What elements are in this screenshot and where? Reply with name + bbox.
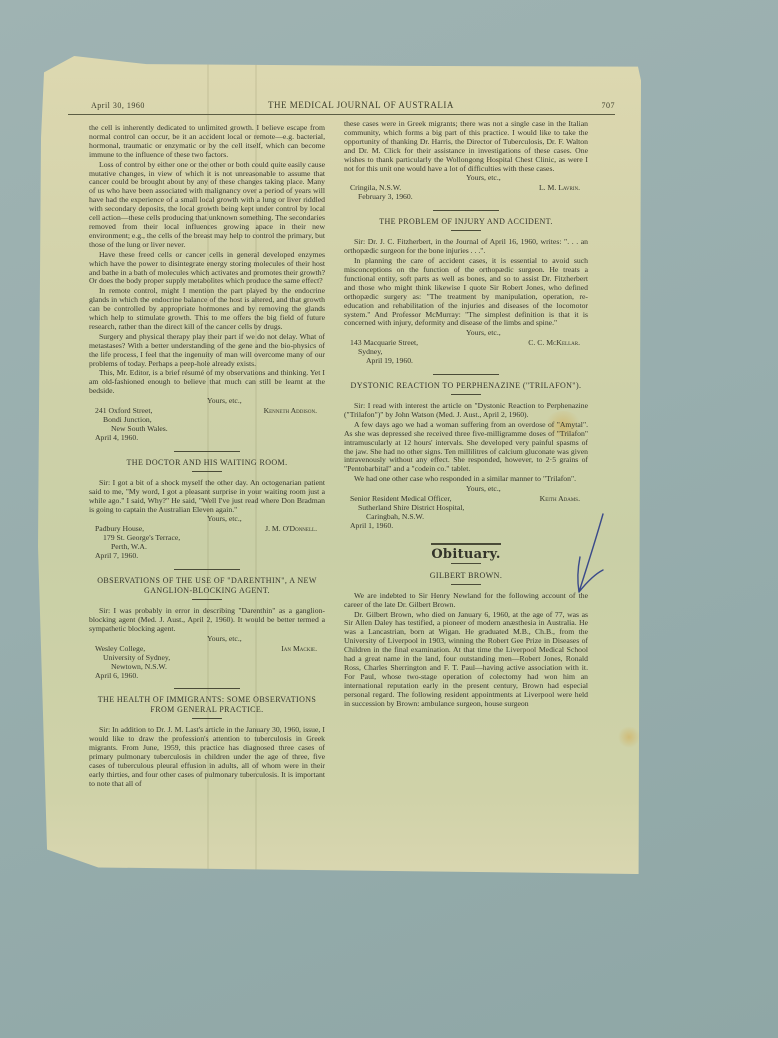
divider xyxy=(451,394,481,395)
obituary-section: Obituary. GILBERT BROWN. We are indebted… xyxy=(344,551,588,709)
section-title: Obituary. xyxy=(344,551,588,560)
letter-injury: THE PROBLEM OF INJURY AND ACCIDENT. Sir:… xyxy=(344,217,588,366)
signature: L. M. Lavrin. xyxy=(539,184,580,193)
divider xyxy=(192,471,222,472)
paragraph: Loss of control by either one or the oth… xyxy=(89,161,325,250)
divider xyxy=(451,584,481,585)
paragraph: In planning the care of accident cases, … xyxy=(344,257,588,328)
paragraph: We had one other case who responded in a… xyxy=(344,475,588,484)
paper-stain xyxy=(618,726,640,748)
letter-cancer: the cell is inherently dedicated to unli… xyxy=(89,124,325,443)
paragraph: the cell is inherently dedicated to unli… xyxy=(89,124,325,160)
left-column: the cell is inherently dedicated to unli… xyxy=(89,124,325,790)
closing: Yours, etc., xyxy=(466,329,501,338)
paragraph: Dr. Gilbert Brown, who died on January 6… xyxy=(344,611,588,709)
letter-title: THE HEALTH OF IMMIGRANTS: SOME OBSERVATI… xyxy=(89,695,325,715)
divider xyxy=(174,688,240,689)
sender-address: Wesley College,Ian Mackie. University of… xyxy=(89,645,325,681)
divider xyxy=(451,563,481,564)
signature: Ian Mackie. xyxy=(281,645,317,654)
paragraph: This, Mr. Editor, is a brief résumé of m… xyxy=(89,369,325,396)
closing: Yours, etc., xyxy=(466,485,501,494)
letter-immigrants-continued: these cases were in Greek migrants; ther… xyxy=(344,120,588,202)
letter-title: THE DOCTOR AND HIS WAITING ROOM. xyxy=(89,458,325,468)
right-column: these cases were in Greek migrants; ther… xyxy=(344,120,588,710)
sender-address: Padbury House,J. M. O'Donnell. 179 St. G… xyxy=(89,525,325,561)
closing: Yours, etc., xyxy=(207,635,242,644)
handwritten-arrow-icon xyxy=(573,512,613,597)
divider xyxy=(431,543,501,545)
sender-address: Senior Resident Medical Officer,Keith Ad… xyxy=(344,495,588,531)
paragraph: We are indebted to Sir Henry Newland for… xyxy=(344,592,588,610)
journal-page: April 30, 1960 THE MEDICAL JOURNAL OF AU… xyxy=(38,56,641,874)
journal-title: THE MEDICAL JOURNAL OF AUSTRALIA xyxy=(268,100,454,110)
closing: Yours, etc., xyxy=(207,515,242,524)
divider xyxy=(433,210,499,211)
letter-trilafon: DYSTONIC REACTION TO PERPHENAZINE ("TRIL… xyxy=(344,381,588,531)
issue-date: April 30, 1960 xyxy=(91,101,145,110)
paragraph: Sir: In addition to Dr. J. M. Last's art… xyxy=(89,726,325,788)
paragraph: Sir: I read with interest the article on… xyxy=(344,402,588,420)
closing: Yours, etc., xyxy=(207,397,242,406)
divider xyxy=(451,230,481,231)
sender-address: 241 Oxford Street,Kenneth Addison. Bondi… xyxy=(89,407,325,443)
signature: Keith Adams. xyxy=(540,495,580,504)
paragraph: In remote control, might I mention the p… xyxy=(89,287,325,332)
letter-darenthin: OBSERVATIONS OF THE USE OF "DARENTHIN", … xyxy=(89,576,325,680)
divider xyxy=(174,451,240,452)
divider xyxy=(433,374,499,375)
signature: J. M. O'Donnell. xyxy=(265,525,317,534)
running-header: April 30, 1960 THE MEDICAL JOURNAL OF AU… xyxy=(68,100,615,115)
sender-address: 143 Macquarie Street,C. C. McKellar. Syd… xyxy=(344,339,588,366)
paragraph: Sir: Dr. J. C. Fitzherbert, in the Journ… xyxy=(344,238,588,256)
divider xyxy=(174,569,240,570)
letter-title: OBSERVATIONS OF THE USE OF "DARENTHIN", … xyxy=(89,576,325,596)
paragraph: these cases were in Greek migrants; ther… xyxy=(344,120,588,173)
closing: Yours, etc., xyxy=(466,174,501,183)
paragraph: Sir: I got a bit of a shock myself the o… xyxy=(89,479,325,515)
divider xyxy=(192,599,222,600)
sender-address: Cringila, N.S.W.L. M. Lavrin. February 3… xyxy=(344,184,588,202)
signature: C. C. McKellar. xyxy=(528,339,580,348)
letter-title: THE PROBLEM OF INJURY AND ACCIDENT. xyxy=(344,217,588,227)
obituary-name: GILBERT BROWN. xyxy=(344,571,588,581)
divider xyxy=(192,718,222,719)
paragraph: Surgery and physical therapy play their … xyxy=(89,333,325,369)
paragraph: Sir: I was probably in error in describi… xyxy=(89,607,325,634)
paragraph: A few days ago we had a woman suffering … xyxy=(344,421,588,474)
paragraph: Have these freed cells or cancer cells i… xyxy=(89,251,325,287)
signature: Kenneth Addison. xyxy=(264,407,317,416)
page-number: 707 xyxy=(602,101,616,110)
letter-waiting-room: THE DOCTOR AND HIS WAITING ROOM. Sir: I … xyxy=(89,458,325,561)
letter-title: DYSTONIC REACTION TO PERPHENAZINE ("TRIL… xyxy=(344,381,588,391)
letter-immigrants: THE HEALTH OF IMMIGRANTS: SOME OBSERVATI… xyxy=(89,695,325,788)
